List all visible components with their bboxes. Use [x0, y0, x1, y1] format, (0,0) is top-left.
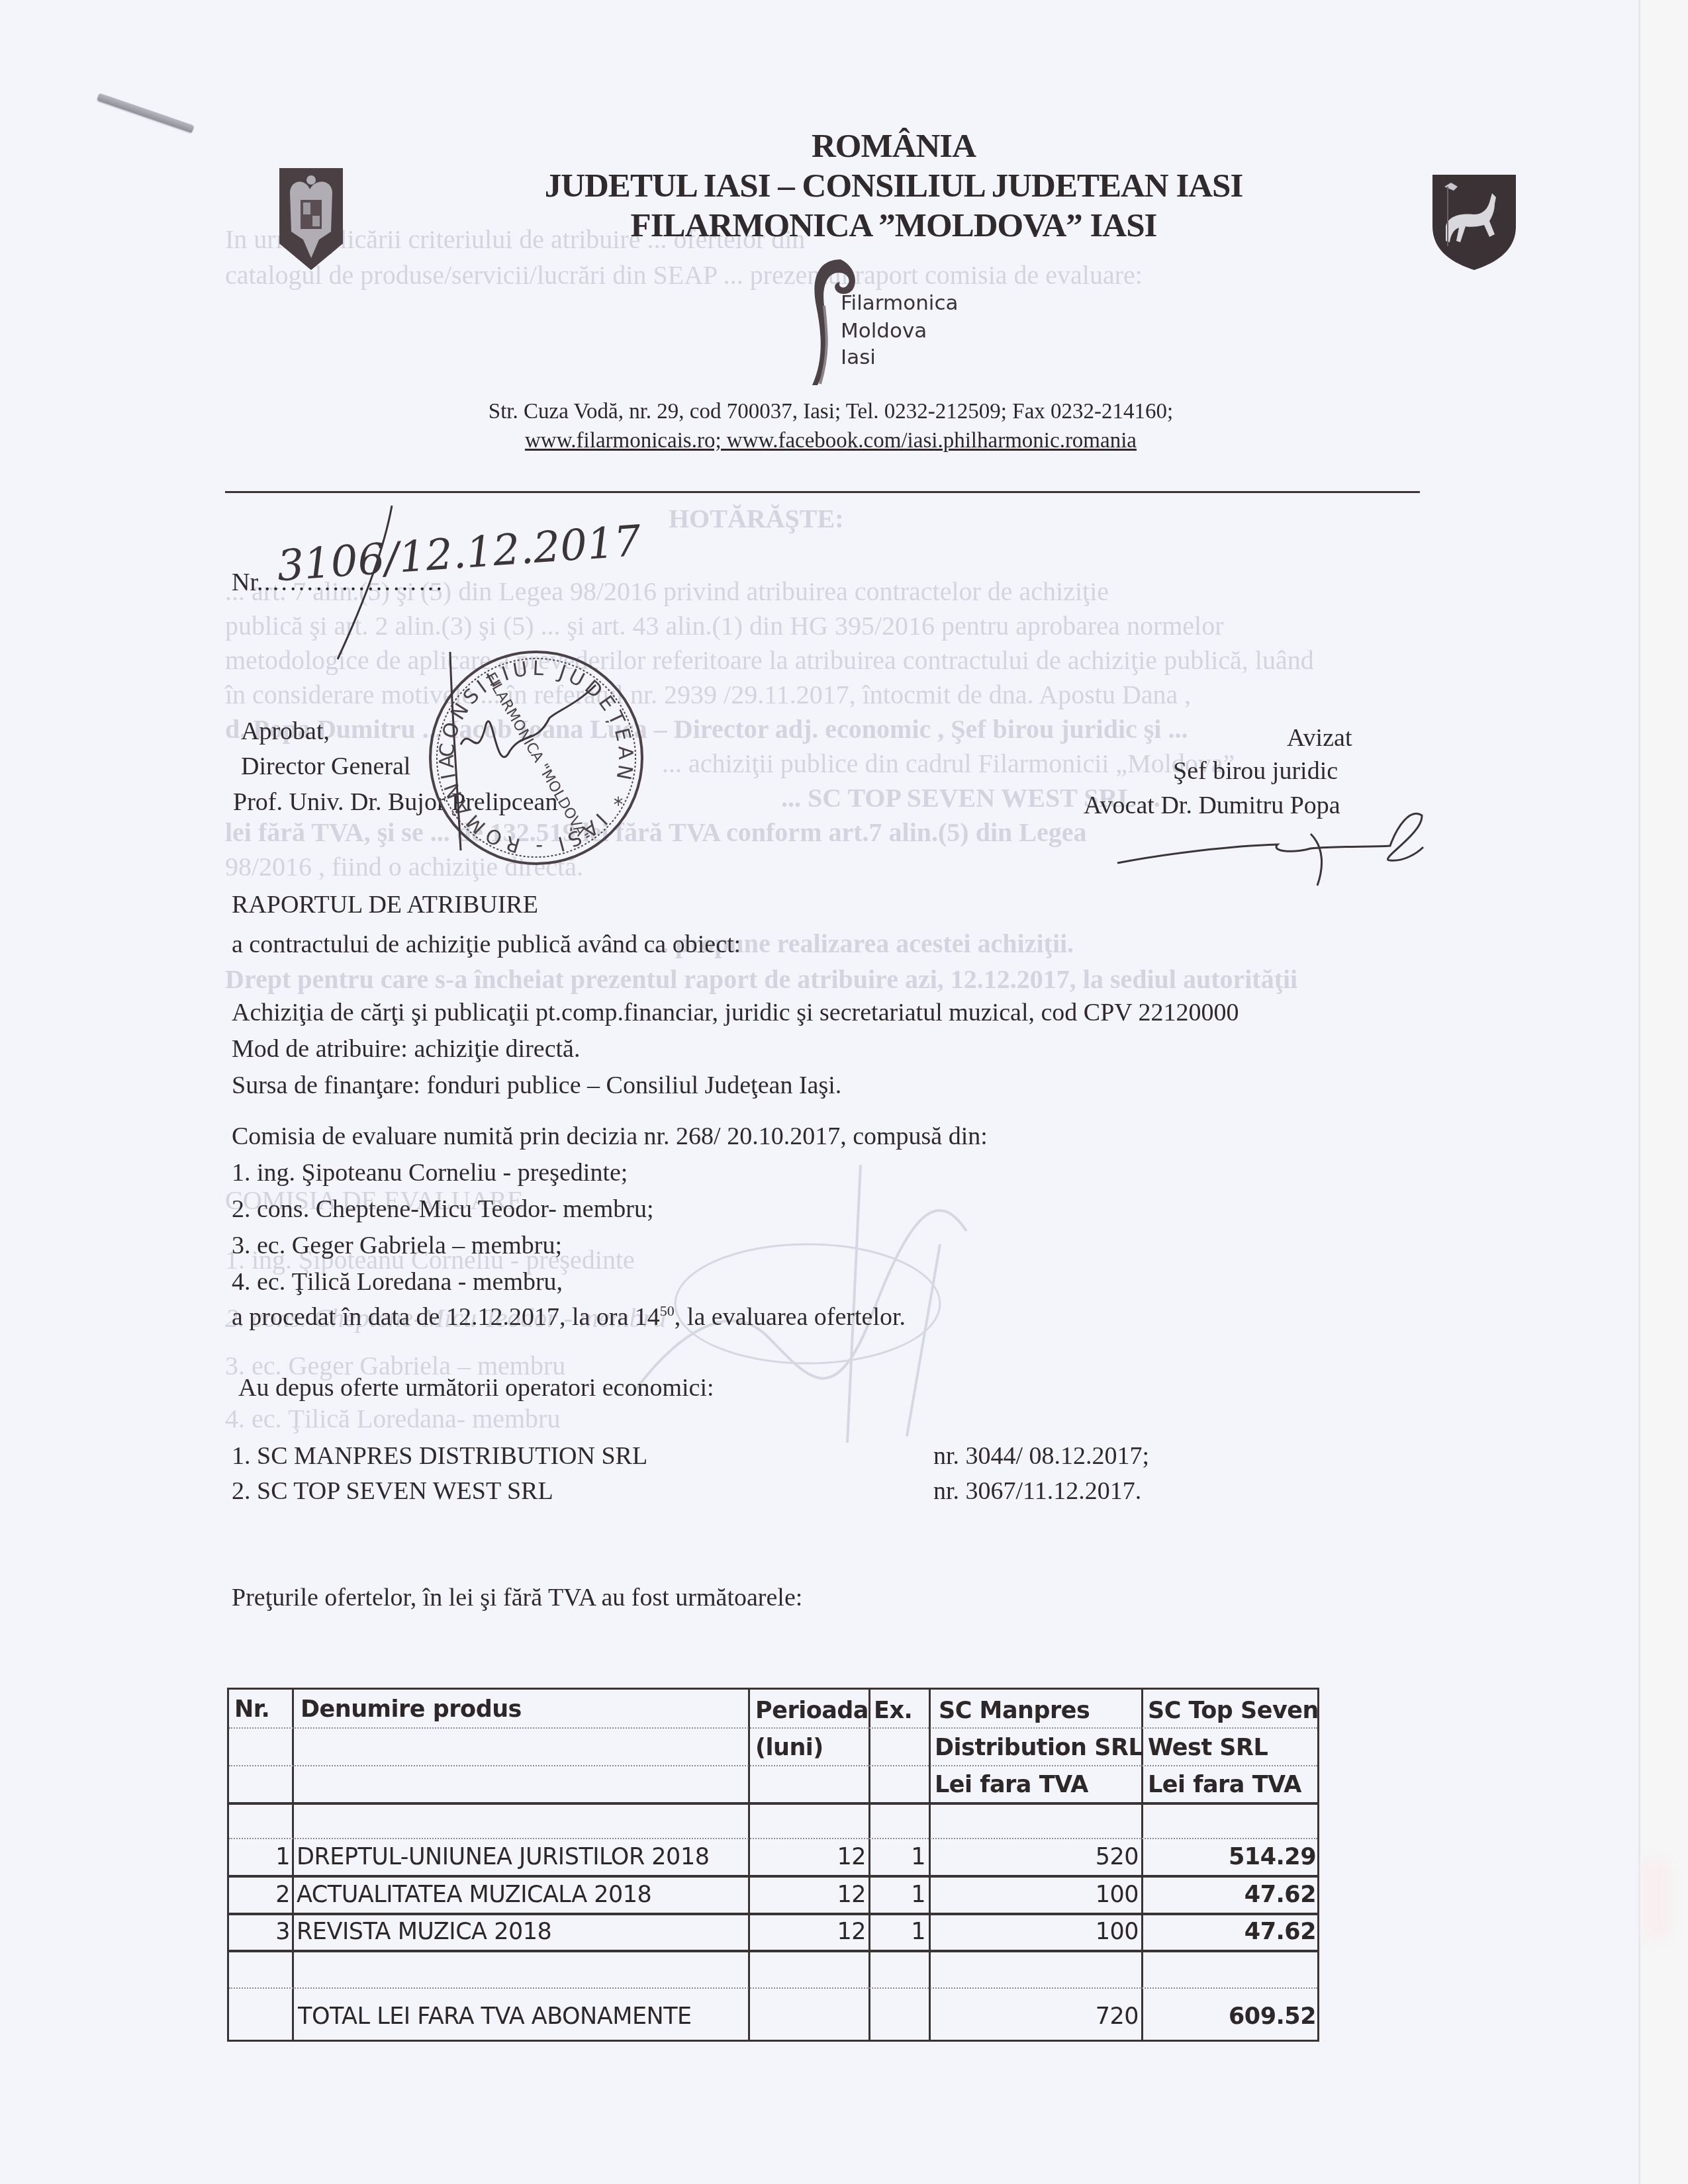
header-period: Perioada: [755, 1698, 868, 1724]
ghost-line: catalogul de produse/servicii/lucrări di…: [225, 259, 1143, 291]
stamp-inner-text: FILARMONICA "MOLDOVA": [482, 670, 592, 844]
funding-source: Sursa de finanţare: fonduri publice – Co…: [232, 1071, 841, 1100]
header-manpres: SC Manpres: [939, 1698, 1090, 1724]
price-comparison-table: Nr. Denumire produs Perioada (luni) Ex. …: [227, 1688, 1319, 2042]
header-topseven-line2: West SRL: [1148, 1735, 1268, 1761]
legal-head-signature: [1112, 807, 1430, 887]
scan-smudge: [1643, 1860, 1669, 1939]
commission-member: 4. ec. Ţilică Loredana - membru,: [232, 1267, 563, 1297]
handwritten-slash: [331, 503, 404, 662]
report-subtitle: a contractului de achiziţie publică avân…: [232, 930, 741, 959]
endorser-title: Şef birou juridic: [1173, 756, 1338, 786]
commission-intro: Comisia de evaluare numită prin decizia …: [232, 1122, 988, 1151]
row-topseven-price: 47.62: [1145, 1919, 1316, 1945]
row-nr: 2: [229, 1882, 290, 1908]
row-manpres-price: 520: [932, 1844, 1139, 1870]
staple-mark: [97, 93, 195, 133]
row-nr: 3: [229, 1919, 290, 1945]
iasi-county-horse-shield-icon: [1431, 173, 1517, 271]
table-header-separator: [229, 1802, 1317, 1805]
row-nr: 1: [229, 1844, 290, 1870]
header-manpres-line2: Distribution SRL: [935, 1735, 1143, 1761]
country-heading: ROMÂNIA: [463, 127, 1324, 165]
total-topseven: 609.52: [1145, 2003, 1316, 2030]
row-product: DREPTUL-UNIUNEA JURISTILOR 2018: [297, 1844, 709, 1870]
row-period: 12: [752, 1882, 866, 1908]
procedure-statement: a procedat în data de 12.12.2017, la ora…: [232, 1302, 906, 1332]
row-period: 12: [752, 1919, 866, 1945]
header-period-unit: (luni): [755, 1735, 823, 1761]
header-topseven: SC Top Seven: [1148, 1698, 1319, 1724]
header-nr: Nr.: [234, 1696, 269, 1723]
award-mode: Mod de atribuire: achiziţie directă.: [232, 1034, 581, 1064]
row-topseven-price: 514.29: [1145, 1844, 1316, 1870]
row-manpres-price: 100: [932, 1919, 1139, 1945]
ghost-line: d. Popa Dumitru ... Iacob Ioana Luca – D…: [225, 713, 1188, 745]
row-copies: 1: [872, 1919, 925, 1945]
total-label: TOTAL LEI FARA TVA ABONAMENTE: [298, 2003, 692, 2030]
header-manpres-currency: Lei fara TVA: [935, 1772, 1088, 1798]
logo-text-line: Filarmonica: [841, 291, 958, 315]
ghost-line: lei fără TVA, şi se ... de 132.519 lei f…: [225, 817, 1086, 848]
bidder-offer-ref: nr. 3044/ 08.12.2017;: [933, 1441, 1149, 1471]
row-period: 12: [752, 1844, 866, 1870]
commission-member: 3. ec. Geger Gabriela – membru;: [232, 1231, 562, 1260]
table-gridline: [229, 1838, 1317, 1839]
website-links[interactable]: www.filarmonicais.ro; www.facebook.com/i…: [384, 429, 1278, 453]
institution-heading: FILARMONICA ”MOLDOVA” IASI: [463, 206, 1324, 245]
total-manpres: 720: [932, 2003, 1139, 2030]
commission-member: 1. ing. Şipoteanu Corneliu - preşedinte;: [232, 1158, 628, 1187]
approved-label: Aprobat,: [241, 717, 330, 746]
row-product: ACTUALITATEA MUZICALA 2018: [297, 1882, 651, 1908]
row-topseven-price: 47.62: [1145, 1882, 1316, 1908]
ghost-line: Drept pentru care s-a încheiat prezentul…: [225, 964, 1297, 995]
table-row-separator: [229, 1913, 1317, 1915]
logo-text-line: Moldova: [841, 319, 927, 343]
report-title: RAPORTUL DE ATRIBUIRE: [232, 890, 538, 919]
row-copies: 1: [872, 1844, 925, 1870]
table-gridline: [229, 1987, 1317, 1989]
approver-title: Director General: [241, 752, 410, 781]
row-copies: 1: [872, 1882, 925, 1908]
prices-intro: Preţurile ofertelor, în lei şi fără TVA …: [232, 1583, 802, 1612]
table-row-separator: [229, 1950, 1317, 1952]
table-gridline: [229, 1765, 1317, 1766]
table-row-separator: [229, 1875, 1317, 1878]
official-round-stamp: CONSILIUL JUDEȚEAN * IAȘI - ROMÂNIA * FI…: [424, 645, 649, 870]
bidder-name: 2. SC TOP SEVEN WEST SRL: [232, 1477, 553, 1506]
header-copies: Ex.: [874, 1698, 912, 1724]
ghost-line: HOTĂRĂŞTE:: [669, 503, 844, 534]
bidder-name: 1. SC MANPRES DISTRIBUTION SRL: [232, 1441, 647, 1471]
scan-margin-strip: [1640, 0, 1688, 2184]
ghost-line: ... achiziţii publice din cadrul Filarmo…: [662, 748, 1261, 779]
row-product: REVISTA MUZICA 2018: [297, 1919, 551, 1945]
ghost-line: în considerare motivele ... în referatul…: [225, 679, 1191, 710]
header-topseven-currency: Lei fara TVA: [1148, 1772, 1301, 1798]
county-council-heading: JUDETUL IASI – CONSILIUL JUDETEAN IASI: [463, 167, 1324, 205]
endorsed-label: Avizat: [1287, 723, 1352, 752]
offers-intro: Au depus oferte următorii operatori econ…: [238, 1373, 714, 1402]
header-product: Denumire produs: [301, 1696, 522, 1723]
commission-member: 2. cons. Cheptene-Micu Teodor- membru;: [232, 1195, 654, 1224]
row-manpres-price: 100: [932, 1882, 1139, 1908]
logo-text-line: Iasi: [841, 345, 876, 369]
table-gridline: [229, 1727, 1317, 1729]
report-object: Achiziţia de cărţi şi publicaţii pt.comp…: [232, 998, 1239, 1027]
ghost-line: 4. ec. Ţilică Loredana- membru: [225, 1403, 560, 1434]
address-line: Str. Cuza Vodă, nr. 29, cod 700037, Iasi…: [384, 400, 1278, 424]
header-divider: [225, 491, 1420, 493]
bidder-offer-ref: nr. 3067/11.12.2017.: [933, 1477, 1141, 1506]
romania-coat-of-arms-icon: [278, 165, 344, 271]
